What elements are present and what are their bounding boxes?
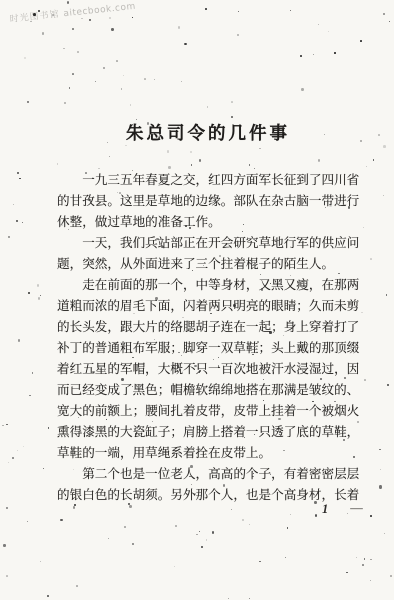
- noise-speck: [318, 159, 320, 162]
- noise-speck: [228, 598, 229, 599]
- noise-speck: [383, 13, 386, 16]
- noise-speck: [29, 395, 30, 396]
- chapter-title: 朱总司令的几件事: [57, 120, 359, 145]
- text-line: 熏得漆黑的大瓷缸子；肩膀上搭着一只透了底的草鞋，: [57, 422, 361, 443]
- noise-speck: [95, 81, 96, 82]
- noise-speck: [364, 379, 366, 381]
- noise-speck: [167, 150, 169, 152]
- noise-speck: [380, 469, 382, 471]
- noise-speck: [389, 21, 390, 22]
- noise-speck: [69, 87, 71, 89]
- noise-speck: [315, 514, 317, 517]
- noise-speck: [63, 48, 65, 49]
- noise-speck: [231, 101, 233, 103]
- text-line: 走在前面的那一个，中等身材，又黑又瘦，在那两: [57, 275, 361, 296]
- noise-speck: [27, 101, 29, 103]
- noise-speck: [199, 531, 200, 532]
- noise-speck: [47, 595, 49, 597]
- noise-speck: [6, 575, 8, 577]
- noise-speck: [76, 585, 78, 587]
- noise-speck: [259, 148, 260, 150]
- text-line: 而已经变成了黑色；帽檐软绵绵地搭在那满是皱纹的、: [57, 380, 361, 401]
- noise-speck: [318, 24, 319, 25]
- text-line: 宽大的前额上；腰间扎着皮带，皮带上挂着一个被烟火: [57, 401, 361, 422]
- noise-speck: [32, 372, 34, 374]
- noise-speck: [13, 204, 14, 205]
- noise-speck: [181, 81, 182, 82]
- noise-speck: [360, 140, 362, 142]
- noise-speck: [16, 220, 17, 221]
- text-line: 题，突然，从外面进来了三个拄着棍子的陌生人。: [57, 254, 361, 275]
- noise-speck: [18, 339, 20, 341]
- noise-speck: [379, 449, 381, 450]
- watermark: 时光图书馆aitecbook.com: [9, 0, 136, 25]
- noise-speck: [40, 561, 41, 562]
- noise-speck: [356, 557, 357, 558]
- noise-speck: [40, 295, 41, 296]
- noise-speck: [123, 75, 124, 76]
- text-line: 的银白色的长胡须。另外那个人，也是个高身材，长着: [57, 485, 361, 506]
- noise-speck: [285, 557, 286, 558]
- noise-speck: [301, 88, 304, 91]
- noise-speck: [196, 534, 198, 535]
- watermark-library-label: 时光图书馆: [9, 10, 60, 25]
- noise-speck: [231, 116, 233, 118]
- noise-speck: [116, 60, 118, 62]
- noise-speck: [212, 531, 214, 534]
- noise-speck: [178, 26, 181, 29]
- noise-speck: [249, 164, 250, 165]
- noise-speck: [383, 145, 386, 148]
- noise-speck: [300, 55, 302, 57]
- noise-speck: [328, 31, 329, 32]
- text-line: 草鞋的一端，用草绳系着拴在皮带上。: [57, 443, 361, 464]
- noise-speck: [43, 468, 45, 470]
- noise-speck: [387, 384, 388, 385]
- watermark-site-label: aitecbook.com: [63, 2, 136, 20]
- page-footer: 1—: [322, 502, 363, 517]
- page-number: 1: [322, 502, 328, 516]
- noise-speck: [132, 543, 134, 545]
- noise-speck: [346, 572, 348, 573]
- noise-speck: [103, 67, 104, 68]
- noise-speck: [370, 559, 372, 561]
- noise-speck: [125, 145, 126, 146]
- noise-speck: [249, 524, 250, 525]
- noise-speck: [313, 54, 314, 55]
- noise-speck: [174, 566, 175, 567]
- text-line: 补丁的普通粗布军服；脚穿一双草鞋；头上戴的那顶缀: [57, 338, 361, 359]
- noise-speck: [190, 151, 192, 153]
- text-line: 的长头发，跟大片的络腮胡子连在一起；身上穿着打了: [57, 317, 361, 338]
- noise-speck: [205, 8, 207, 10]
- text-line: 一天，我们兵站部正在开会研究草地行军的供应问: [57, 233, 361, 254]
- noise-speck: [108, 538, 109, 539]
- noise-speck: [238, 11, 239, 12]
- noise-speck: [378, 134, 381, 136]
- noise-speck: [6, 424, 8, 426]
- noise-speck: [384, 533, 385, 534]
- noise-speck: [73, 506, 75, 508]
- noise-speck: [184, 43, 187, 45]
- noise-speck: [38, 297, 40, 300]
- noise-speck: [206, 539, 208, 541]
- noise-speck: [361, 312, 363, 313]
- noise-speck: [242, 519, 244, 521]
- noise-speck: [60, 519, 62, 521]
- noise-speck: [370, 515, 372, 517]
- noise-speck: [6, 507, 8, 509]
- text-line: 第二个也是一位老人，高高的个子，有着密密层层: [57, 464, 361, 485]
- noise-speck: [24, 57, 26, 59]
- noise-speck: [77, 51, 79, 53]
- noise-speck: [360, 40, 362, 42]
- noise-speck: [168, 166, 170, 169]
- noise-speck: [37, 284, 39, 287]
- text-line: 一九三五年春夏之交，红四方面军长征到了四川省: [57, 170, 361, 191]
- noise-speck: [111, 28, 114, 31]
- noise-speck: [290, 10, 291, 12]
- noise-speck: [12, 457, 14, 459]
- noise-speck: [72, 73, 74, 75]
- footer-dash-mark: —: [350, 501, 363, 516]
- noise-speck: [383, 195, 384, 196]
- text-line: 休整，做过草地的准备工作。: [57, 212, 361, 233]
- noise-speck: [81, 18, 82, 19]
- text-line: 的甘孜县。这里是草地的边缘。部队在杂古脑一带进行: [57, 191, 361, 212]
- noise-speck: [19, 178, 21, 180]
- noise-speck: [72, 28, 74, 30]
- noise-speck: [373, 159, 374, 160]
- noise-speck: [231, 509, 232, 510]
- noise-speck: [249, 598, 250, 599]
- noise-speck: [23, 446, 24, 447]
- text-line: 道粗而浓的眉毛下面，闪着两只明亮的眼睛；久而未剪: [57, 296, 361, 317]
- noise-speck: [3, 544, 5, 546]
- noise-speck: [362, 564, 364, 566]
- noise-speck: [17, 172, 18, 173]
- noise-speck: [199, 159, 201, 162]
- noise-speck: [67, 1, 69, 4]
- noise-speck: [379, 485, 382, 488]
- noise-speck: [22, 222, 23, 223]
- noise-speck: [27, 521, 28, 522]
- noise-speck: [237, 34, 239, 37]
- noise-speck: [254, 168, 255, 169]
- noise-speck: [42, 32, 44, 34]
- noise-speck: [57, 163, 59, 165]
- noise-speck: [124, 526, 125, 528]
- noise-speck: [175, 525, 177, 527]
- noise-speck: [386, 294, 387, 295]
- noise-speck: [154, 79, 155, 81]
- noise-speck: [370, 258, 372, 260]
- noise-speck: [2, 425, 3, 426]
- noise-speck: [364, 558, 365, 559]
- body-text: 一九三五年春夏之交，红四方面军长征到了四川省的甘孜县。这里是草地的边缘。部队在杂…: [57, 170, 361, 506]
- noise-speck: [290, 514, 291, 515]
- noise-speck: [17, 450, 18, 451]
- noise-speck: [390, 575, 392, 576]
- noise-speck: [201, 546, 203, 548]
- noise-speck: [370, 580, 371, 581]
- noise-speck: [287, 527, 289, 529]
- noise-speck: [28, 292, 30, 294]
- noise-speck: [259, 561, 261, 563]
- book-page: 时光图书馆aitecbook.com 朱总司令的几件事 一九三五年春夏之交，红四…: [0, 0, 394, 600]
- text-line: 着红五星的军帽，大概不只一百次地被汗水浸湿过，因: [57, 359, 361, 380]
- noise-speck: [109, 156, 110, 157]
- noise-speck: [363, 227, 364, 228]
- noise-speck: [64, 102, 66, 104]
- noise-speck: [334, 52, 336, 53]
- noise-speck: [48, 427, 50, 429]
- noise-speck: [109, 17, 111, 19]
- noise-speck: [144, 78, 147, 80]
- noise-speck: [132, 17, 133, 18]
- noise-speck: [121, 88, 123, 89]
- noise-speck: [8, 236, 10, 237]
- noise-speck: [89, 19, 91, 21]
- noise-speck: [8, 462, 9, 463]
- noise-speck: [207, 106, 209, 108]
- noise-speck: [366, 166, 367, 167]
- noise-speck: [130, 104, 132, 105]
- noise-speck: [191, 164, 192, 166]
